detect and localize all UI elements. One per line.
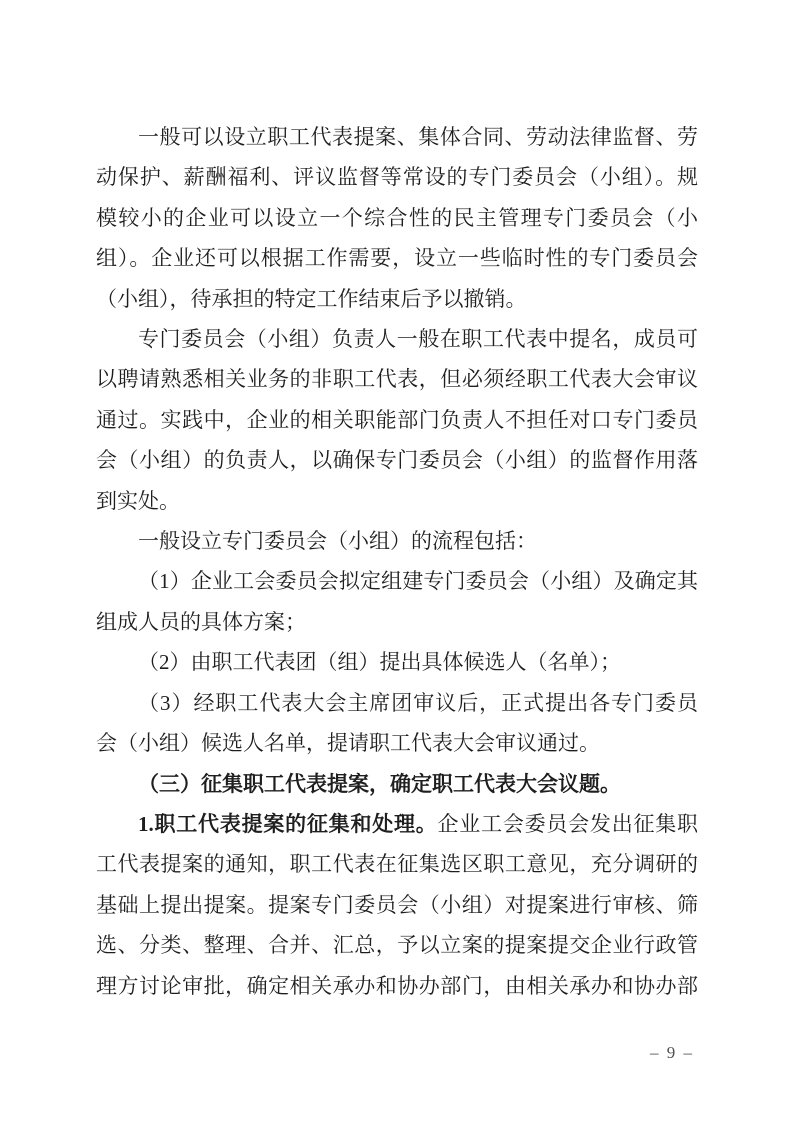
section-heading-line: （三）征集职工代表提案，确定职工代表大会议题。 — [96, 764, 698, 804]
text-line: 以聘请熟悉相关业务的非职工代表，但必须经职工代表大会审议 — [96, 359, 698, 399]
text-line: 一般设立专门委员会（小组）的流程包括： — [96, 521, 698, 561]
text-line: 基础上提出提案。提案专门委员会（小组）对提案进行审核、筛 — [96, 885, 698, 925]
text-line: 专门委员会（小组）负责人一般在职工代表中提名，成员可 — [96, 319, 698, 359]
text-line: （2）由职工代表团（组）提出具体候选人（名单）； — [96, 642, 698, 682]
text-line: （3）经职工代表大会主席团审议后，正式提出各专门委员 — [96, 683, 698, 723]
text-line: （小组），待承担的特定工作结束后予以撤销。 — [96, 279, 698, 319]
text-line: 组）。企业还可以根据工作需要，设立一些临时性的专门委员会 — [96, 238, 698, 278]
text-line: 模较小的企业可以设立一个综合性的民主管理专门委员会（小 — [96, 198, 698, 238]
bold-lead: 1.职工代表提案的征集和处理。 — [138, 812, 438, 836]
text-line: 1.职工代表提案的征集和处理。企业工会委员会发出征集职 — [96, 804, 698, 844]
text-line: 会（小组）的负责人，以确保专门委员会（小组）的监督作用落 — [96, 440, 698, 480]
text-line: 理方讨论审批，确定相关承办和协办部门，由相关承办和协办部 — [96, 966, 698, 1006]
body-text: 一般可以设立职工代表提案、集体合同、劳动法律监督、劳 动保护、薪酬福利、评议监督… — [96, 117, 698, 1006]
text-line: 组成人员的具体方案； — [96, 602, 698, 642]
paragraph: （1）企业工会委员会拟定组建专门委员会（小组）及确定其 组成人员的具体方案； — [96, 561, 698, 642]
document-page: 一般可以设立职工代表提案、集体合同、劳动法律监督、劳 动保护、薪酬福利、评议监督… — [0, 0, 794, 1123]
text-line: 会（小组）候选人名单，提请职工代表大会审议通过。 — [96, 723, 698, 763]
text-line: 通过。实践中，企业的相关职能部门负责人不担任对口专门委员 — [96, 400, 698, 440]
paragraph: 一般设立专门委员会（小组）的流程包括： — [96, 521, 698, 561]
text-line: 到实处。 — [96, 481, 698, 521]
text-line: 一般可以设立职工代表提案、集体合同、劳动法律监督、劳 — [96, 117, 698, 157]
paragraph: 1.职工代表提案的征集和处理。企业工会委员会发出征集职 工代表提案的通知，职工代… — [96, 804, 698, 1006]
paragraph: （三）征集职工代表提案，确定职工代表大会议题。 — [96, 764, 698, 804]
page-number: – 9 – — [644, 1041, 700, 1065]
paragraph: 专门委员会（小组）负责人一般在职工代表中提名，成员可 以聘请熟悉相关业务的非职工… — [96, 319, 698, 521]
text-line: 选、分类、整理、合并、汇总，予以立案的提案提交企业行政管 — [96, 925, 698, 965]
text-line: （1）企业工会委员会拟定组建专门委员会（小组）及确定其 — [96, 561, 698, 601]
text-line: 动保护、薪酬福利、评议监督等常设的专门委员会（小组）。规 — [96, 157, 698, 197]
paragraph: （2）由职工代表团（组）提出具体候选人（名单）； — [96, 642, 698, 682]
text-run: 企业工会委员会发出征集职 — [438, 812, 698, 836]
paragraph: 一般可以设立职工代表提案、集体合同、劳动法律监督、劳 动保护、薪酬福利、评议监督… — [96, 117, 698, 319]
paragraph: （3）经职工代表大会主席团审议后，正式提出各专门委员 会（小组）候选人名单，提请… — [96, 683, 698, 764]
text-line: 工代表提案的通知，职工代表在征集选区职工意见，充分调研的 — [96, 844, 698, 884]
